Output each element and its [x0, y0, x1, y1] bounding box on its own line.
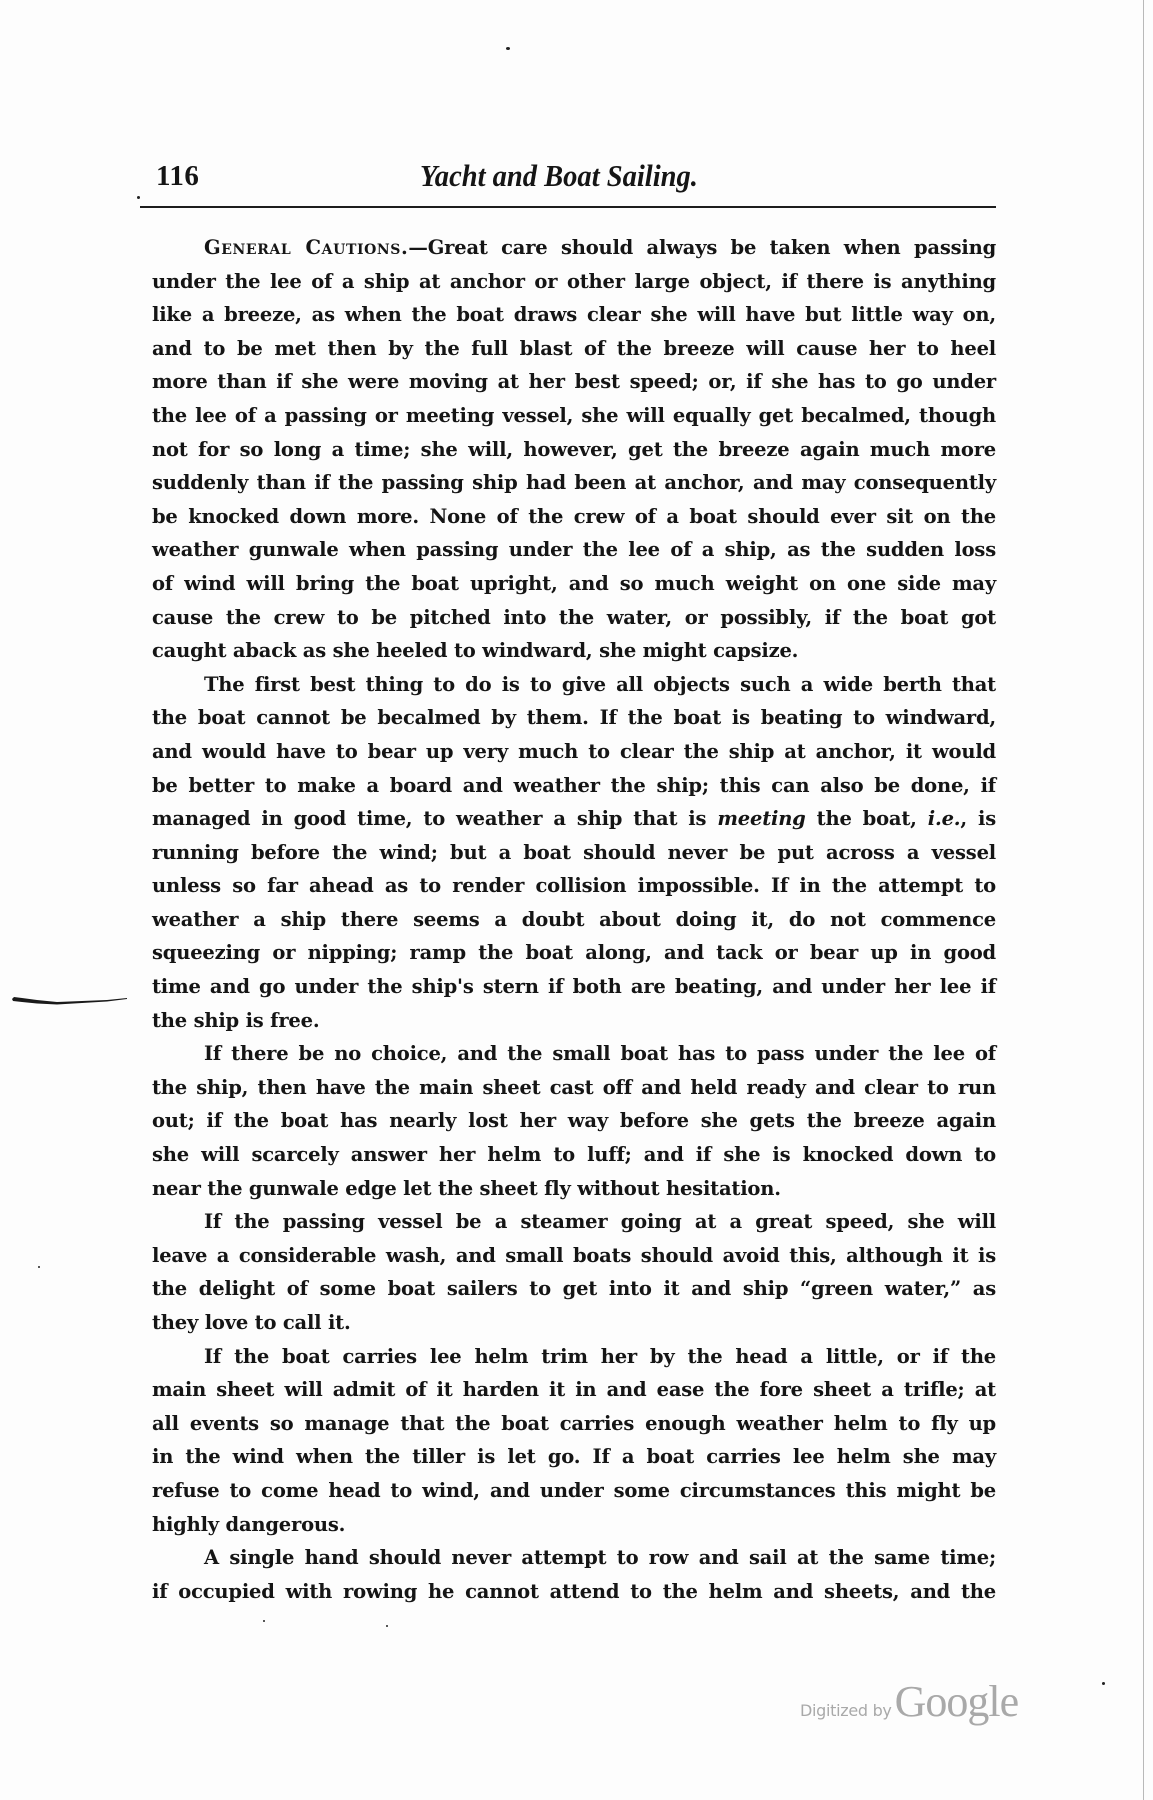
paragraph: General Cautions.—Great care should alwa…	[152, 231, 996, 668]
text-line: weather a ship there seems a doubt about…	[152, 903, 996, 937]
text-line: unless so far ahead as to render collisi…	[152, 869, 996, 903]
text-line: If there be no choice, and the small boa…	[152, 1037, 996, 1071]
scan-speck	[386, 1625, 388, 1627]
text-line: in the wind when the tiller is let go. I…	[152, 1440, 996, 1474]
text-line: The first best thing to do is to give al…	[152, 668, 996, 702]
text-line: be knocked down more. None of the crew o…	[152, 500, 996, 534]
text-line: and to be met then by the full blast of …	[152, 332, 996, 366]
paragraph: If the passing vessel be a steamer going…	[152, 1205, 996, 1339]
text-line: the lee of a passing or meeting vessel, …	[152, 399, 996, 433]
google-wordmark: Google	[895, 1677, 1019, 1726]
text-line: the ship, then have the main sheet cast …	[152, 1071, 996, 1105]
page-number: 116	[156, 158, 199, 194]
section-heading: General Cautions.	[204, 236, 408, 259]
running-title: Yacht and Boat Sailing.	[420, 158, 698, 194]
text-line: leave a considerable wash, and small boa…	[152, 1239, 996, 1273]
scan-speck	[263, 1620, 265, 1622]
scanned-book-page: 116 Yacht and Boat Sailing. General Caut…	[0, 0, 1153, 1800]
text-line: highly dangerous.	[152, 1508, 996, 1542]
paragraph: A single hand should never attempt to ro…	[152, 1541, 996, 1608]
text-line: the boat cannot be becalmed by them. If …	[152, 701, 996, 735]
text-line: General Cautions.—Great care should alwa…	[152, 231, 996, 265]
watermark-prefix: Digitized by	[800, 1701, 892, 1720]
text-line: the delight of some boat sailers to get …	[152, 1272, 996, 1306]
text-line: more than if she were moving at her best…	[152, 365, 996, 399]
text-line: near the gunwale edge let the sheet fly …	[152, 1172, 996, 1206]
scan-speck	[1102, 1682, 1105, 1685]
text-line: like a breeze, as when the boat draws cl…	[152, 298, 996, 332]
text-line: suddenly than if the passing ship had be…	[152, 466, 996, 500]
running-head: 116 Yacht and Boat Sailing.	[150, 158, 998, 194]
text-line: squeezing or nipping; ramp the boat alon…	[152, 936, 996, 970]
digitized-by-google-watermark: Digitized byGoogle	[800, 1676, 1018, 1727]
text-line: main sheet will admit of it harden it in…	[152, 1373, 996, 1407]
text-line: not for so long a time; she will, howeve…	[152, 433, 996, 467]
text-line: time and go under the ship's stern if bo…	[152, 970, 996, 1004]
text-line: be better to make a board and weather th…	[152, 769, 996, 803]
text-line: and would have to bear up very much to c…	[152, 735, 996, 769]
text-line: refuse to come head to wind, and under s…	[152, 1474, 996, 1508]
text-line: running before the wind; but a boat shou…	[152, 836, 996, 870]
text-line: under the lee of a ship at anchor or oth…	[152, 265, 996, 299]
text-line: If the boat carries lee helm trim her by…	[152, 1340, 996, 1374]
scan-speck	[137, 196, 140, 199]
body-text: General Cautions.—Great care should alwa…	[152, 231, 996, 1608]
scan-speck	[506, 47, 510, 50]
paragraph: If the boat carries lee helm trim her by…	[152, 1340, 996, 1542]
scan-speck	[38, 1266, 40, 1268]
text-line: if occupied with rowing he cannot attend…	[152, 1575, 996, 1609]
scan-edge-line	[1143, 0, 1144, 1800]
text-line: out; if the boat has nearly lost her way…	[152, 1104, 996, 1138]
text-line: If the passing vessel be a steamer going…	[152, 1205, 996, 1239]
italic-emphasis: meeting	[717, 807, 805, 830]
paragraph: The first best thing to do is to give al…	[152, 668, 996, 1038]
text-line: cause the crew to be pitched into the wa…	[152, 601, 996, 635]
paragraph: If there be no choice, and the small boa…	[152, 1037, 996, 1205]
margin-pen-mark	[12, 996, 127, 1006]
text-line: they love to call it.	[152, 1306, 996, 1340]
text-line: weather gunwale when passing under the l…	[152, 533, 996, 567]
text-line: managed in good time, to weather a ship …	[152, 802, 996, 836]
text-line: caught aback as she heeled to windward, …	[152, 634, 996, 668]
text-line: all events so manage that the boat carri…	[152, 1407, 996, 1441]
text-line: A single hand should never attempt to ro…	[152, 1541, 996, 1575]
text-line: the ship is free.	[152, 1004, 996, 1038]
header-rule	[140, 206, 996, 208]
italic-abbreviation: i.e.	[928, 807, 961, 830]
text-line: of wind will bring the boat upright, and…	[152, 567, 996, 601]
text-line: she will scarcely answer her helm to luf…	[152, 1138, 996, 1172]
